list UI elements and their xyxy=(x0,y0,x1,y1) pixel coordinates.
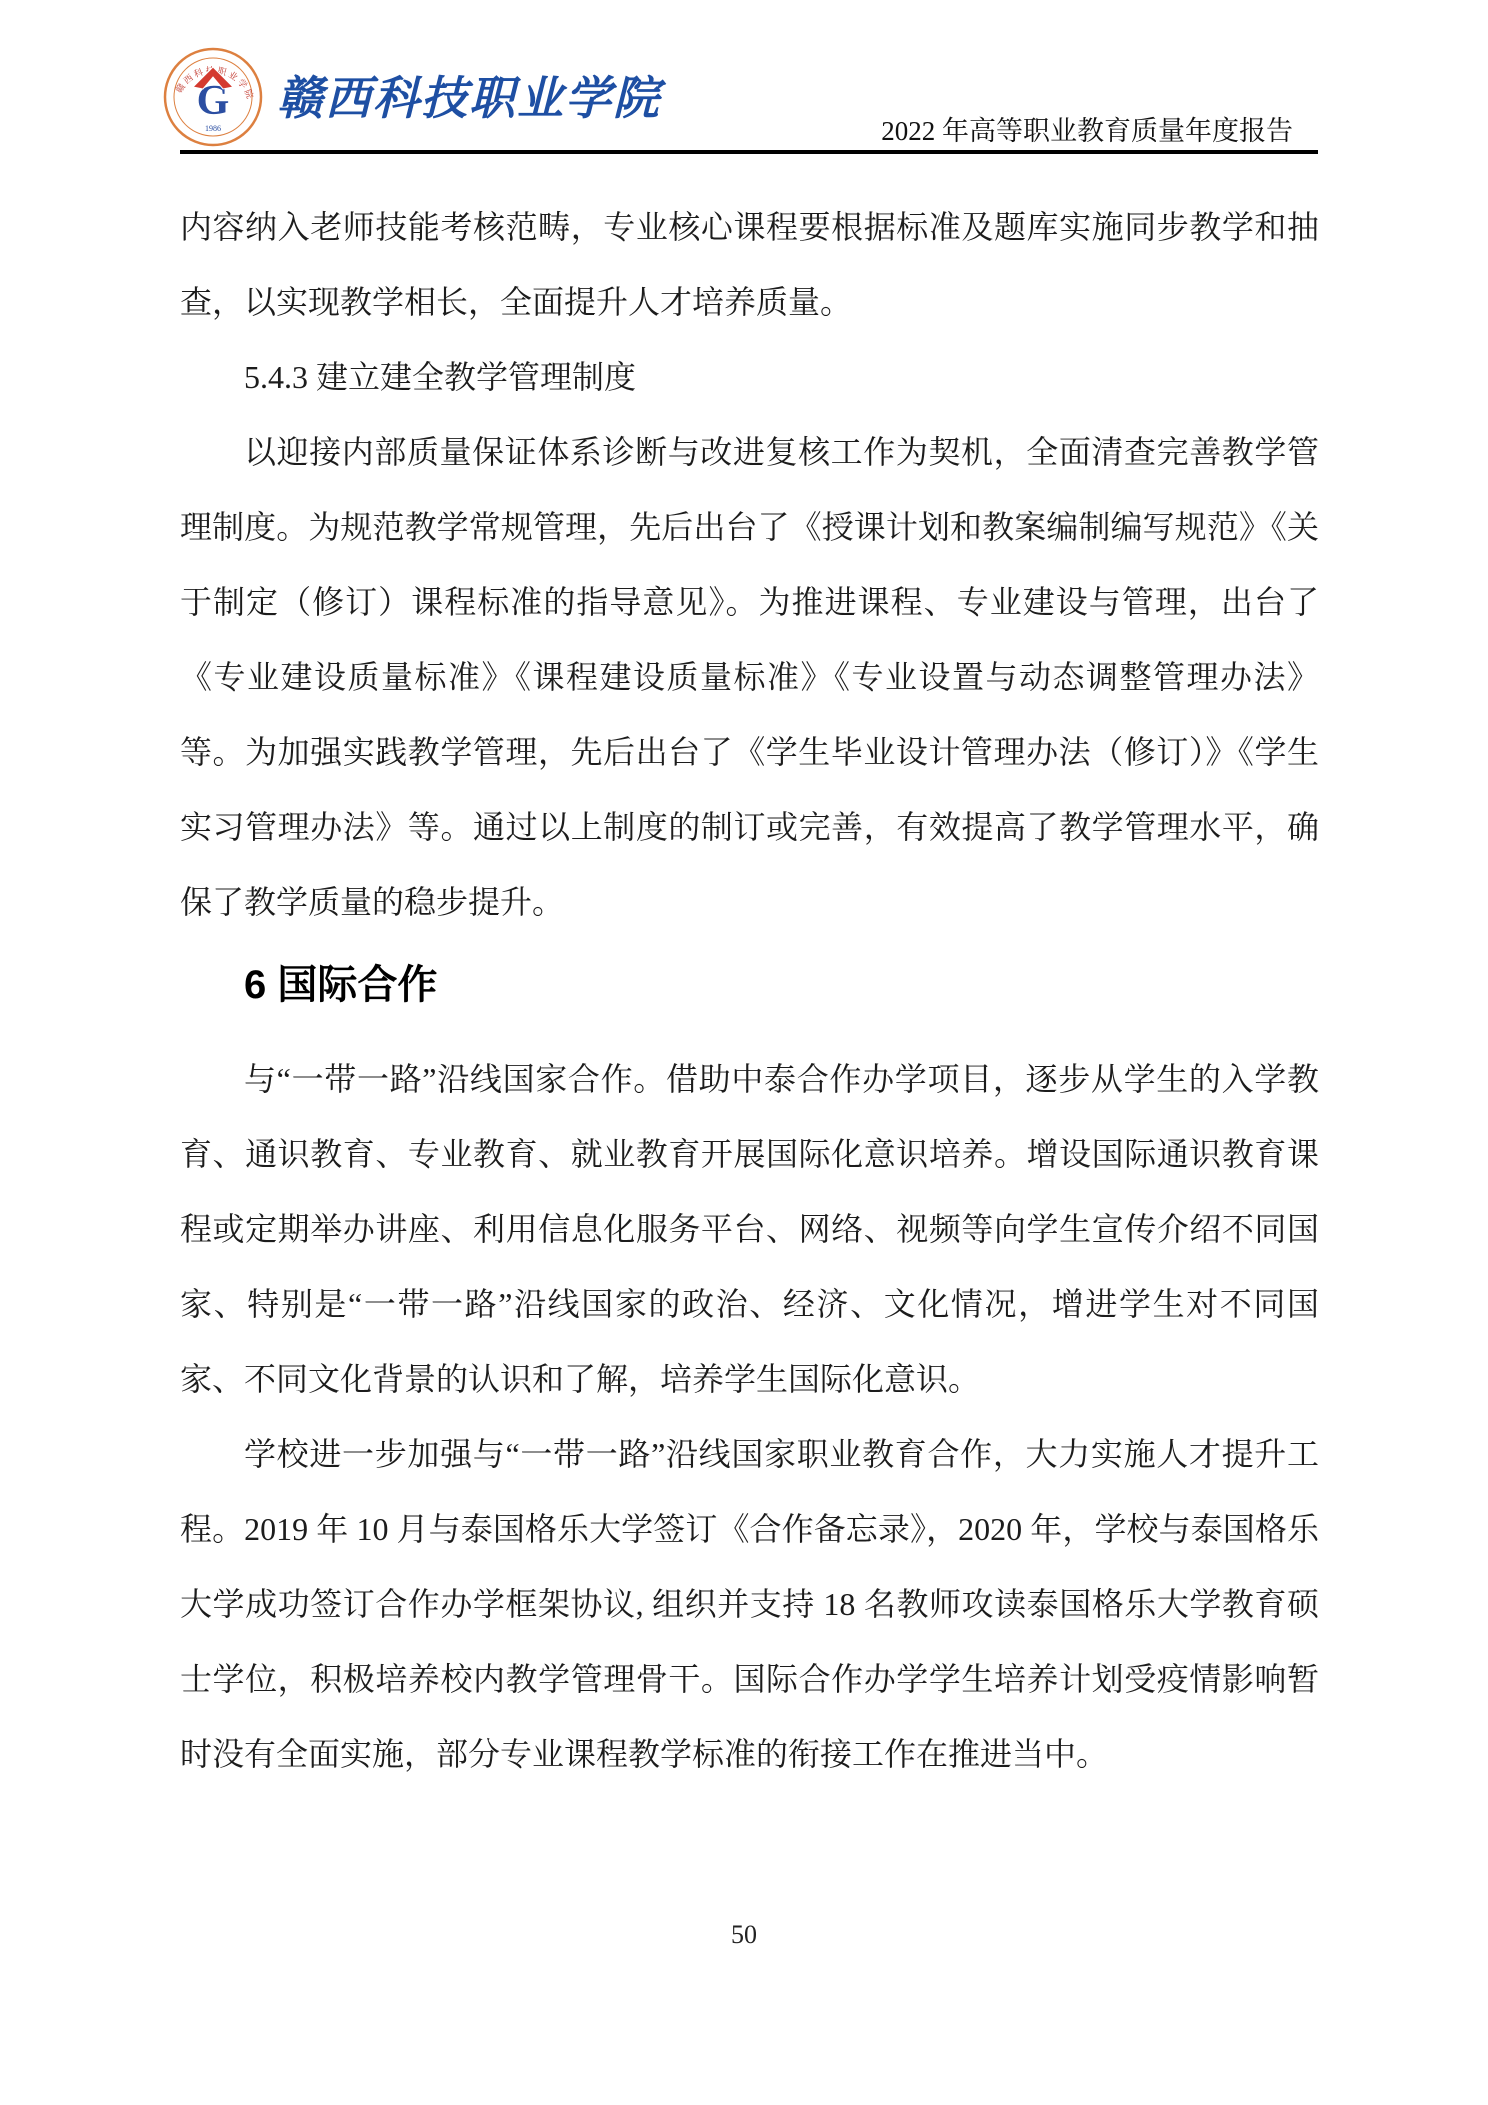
report-title: 2022 年高等职业教育质量年度报告 xyxy=(881,109,1293,148)
paragraph-management-system: 以迎接内部质量保证体系诊断与改进复核工作为契机，全面清查完善教学管理制度。为规范… xyxy=(180,415,1319,940)
document-page: 赣西科技职业学院 G 1986 赣西科技职业学院 2022 年高等职业教育质量年… xyxy=(0,0,1488,2105)
page-number: 50 xyxy=(731,1920,757,1949)
subsection-heading-543: 5.4.3 建立建全教学管理制度 xyxy=(180,340,1319,415)
document-body: 内容纳入老师技能考核范畴，专业核心课程要根据标准及题库实施同步教学和抽查，以实现… xyxy=(180,190,1319,1792)
paragraph-continuation: 内容纳入老师技能考核范畴，专业核心课程要根据标准及题库实施同步教学和抽查，以实现… xyxy=(180,190,1319,340)
paragraph-cooperation-2: 学校进一步加强与“一带一路”沿线国家职业教育合作，大力实施人才提升工程。2019… xyxy=(180,1417,1319,1792)
page-footer: 50 xyxy=(0,1920,1488,1950)
section-heading-international-cooperation: 6 国际合作 xyxy=(244,948,1319,1023)
college-logo-icon: 赣西科技职业学院 G 1986 xyxy=(163,47,263,147)
paragraph-cooperation-1: 与“一带一路”沿线国家合作。借助中泰合作办学项目，逐步从学生的入学教育、通识教育… xyxy=(180,1042,1319,1417)
college-name: 赣西科技职业学院 xyxy=(277,62,661,128)
page-header: 赣西科技职业学院 G 1986 赣西科技职业学院 2022 年高等职业教育质量年… xyxy=(163,40,1318,150)
header-rule xyxy=(180,150,1318,154)
logo-year-text: 1986 xyxy=(205,124,221,133)
